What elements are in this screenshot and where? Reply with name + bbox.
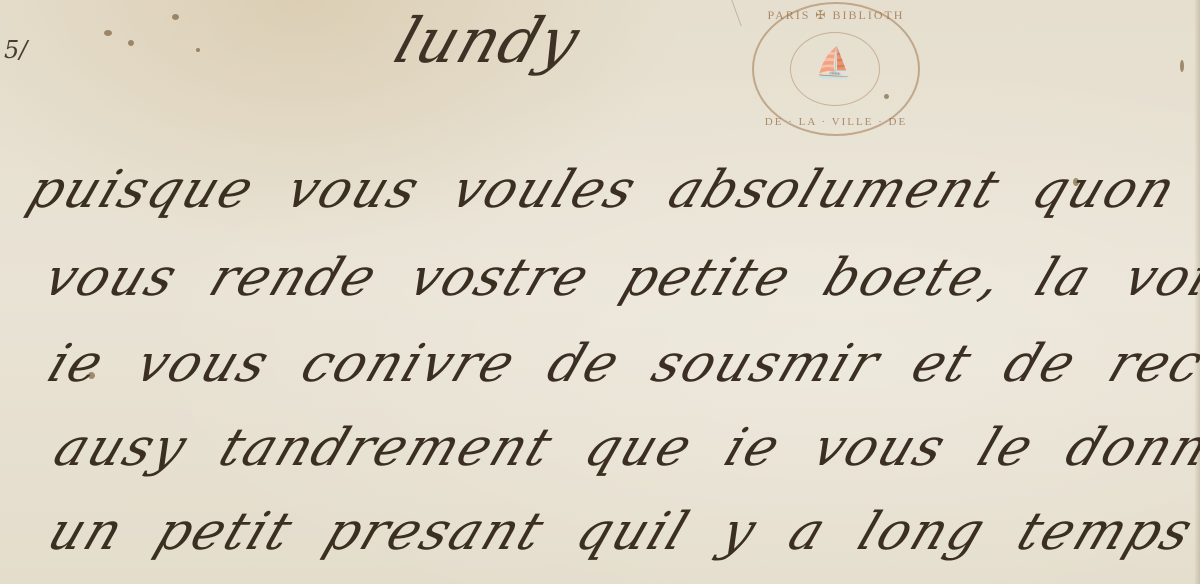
letter-page: 5/ lundy PARIS ✠ BIBLIOTH ⛵ DE · LA · VI…	[0, 0, 1200, 584]
stamp-bottom-text: DE · LA · VILLE · DE	[754, 116, 918, 128]
letter-line-1: puisque vous voules absolument quon	[20, 160, 1185, 220]
letter-line-3: ie vous conivre de sousmir et de recevoi…	[40, 334, 1200, 394]
letter-line-4: ausy tandrement que ie vous le donne	[46, 418, 1200, 478]
margin-mark: 5/	[4, 36, 27, 64]
ink-spot	[1180, 60, 1184, 72]
letter-line-2: vous rende vostre petite boete, la voila…	[36, 248, 1200, 308]
ink-spot	[196, 48, 200, 52]
ink-spot	[884, 94, 889, 99]
letter-line-5: un petit presant quil y a long temps que	[40, 502, 1200, 562]
ink-spot	[128, 40, 134, 46]
stamp-top-text: PARIS ✠ BIBLIOTH	[754, 8, 918, 23]
ship-emblem-icon: ⛵	[814, 44, 854, 84]
dateline: lundy	[386, 4, 589, 77]
library-stamp: PARIS ✠ BIBLIOTH ⛵ DE · LA · VILLE · DE	[752, 2, 920, 136]
ink-spot	[172, 14, 179, 20]
paper-crease	[731, 0, 755, 26]
ink-spot	[104, 30, 112, 36]
